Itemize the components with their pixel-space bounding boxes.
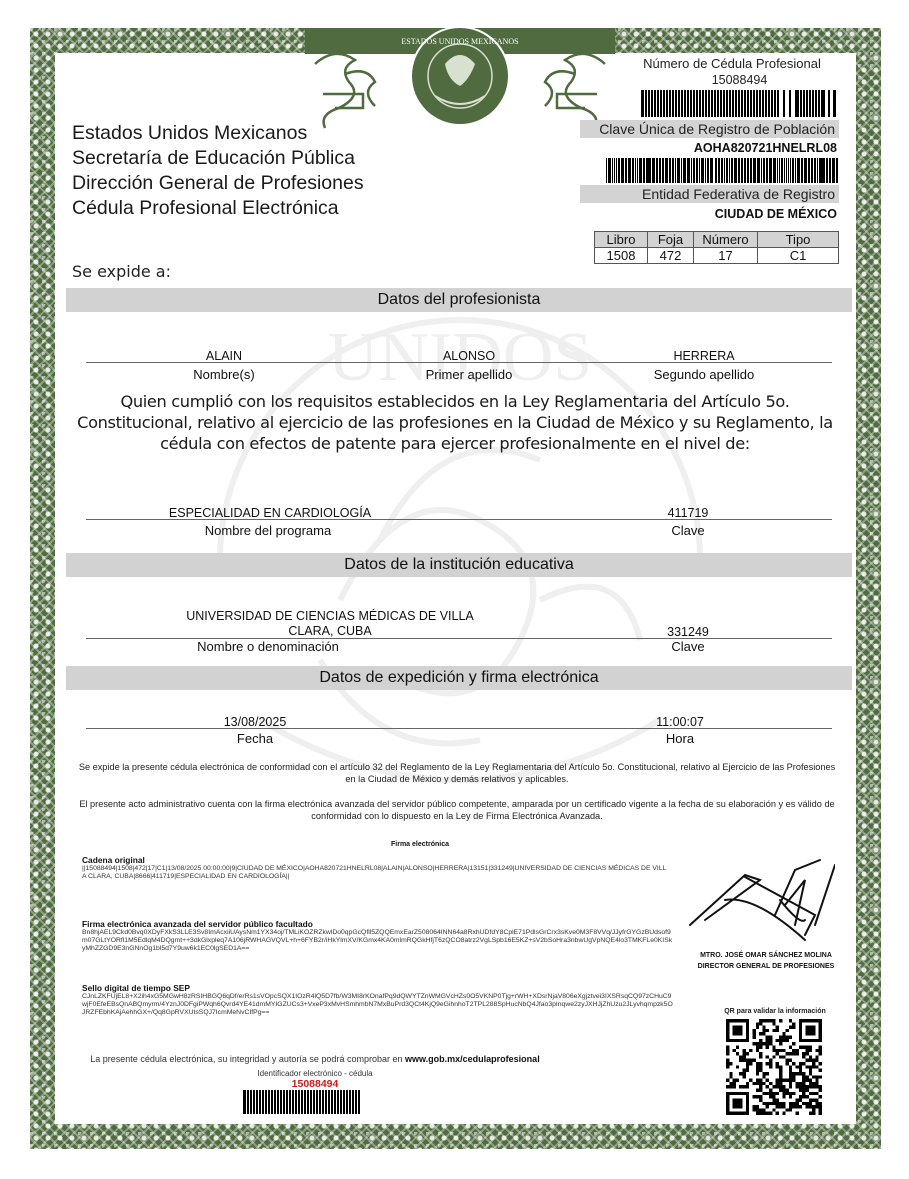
svg-text:ESTADOS UNIDOS MEXICANOS: ESTADOS UNIDOS MEXICANOS [401, 37, 518, 46]
table-header: Libro [595, 232, 648, 248]
firma-heading: Firma electrónica [370, 841, 470, 848]
cadena-original-block: Cadena original ||15088494|1508|472|17|C… [82, 855, 672, 881]
entidad-label: Entidad Federativa de Registro [580, 185, 839, 203]
verify-link[interactable]: www.gob.mx/cedulaprofesional [405, 1054, 540, 1064]
primer-apellido-label: Primer apellido [399, 367, 539, 382]
firma-avanzada-block: Firma electrónica avanzada del servidor … [82, 919, 672, 953]
divider [86, 728, 832, 729]
institucion-clave-label: Clave [638, 639, 738, 654]
table-header: Tipo [758, 232, 839, 248]
hora-value: 11:00:07 [630, 715, 730, 729]
fecha-value: 13/08/2025 [200, 715, 310, 729]
curp-barcode [600, 158, 839, 183]
ident-label: Identificador electrónico - cédula [200, 1069, 430, 1078]
entidad-value: CIUDAD DE MÉXICO [580, 207, 839, 221]
fecha-label: Fecha [200, 731, 310, 746]
segundo-apellido-value: HERRERA [644, 349, 764, 363]
firma-avanzada-value: Bn8hjAEL9Ckd0Bvq0XDyFXkS3LLE3Sv8ImAcxiiU… [82, 929, 674, 953]
institucion-line: UNIVERSIDAD DE CIENCIAS MÉDICAS DE VILLA [150, 609, 510, 624]
sello-value: CJnLZKFUjEL8+X2ih4xG5MGwH8zRSIHBGQ6qDf/e… [82, 993, 674, 1017]
issuer-line: Cédula Profesional Electrónica [72, 196, 364, 221]
institucion-label: Nombre o denominación [178, 639, 358, 654]
curp-label: Clave Única de Registro de Población [580, 120, 839, 138]
ident-barcode [241, 1090, 361, 1114]
registration-block: Número de Cédula Profesional 15088494 Cl… [580, 56, 839, 221]
firma-avanzada-label: Firma electrónica avanzada del servidor … [82, 919, 672, 929]
section-expedicion: Datos de expedición y firma electrónica [66, 666, 852, 690]
verify-text: La presente cédula electrónica, su integ… [80, 1054, 550, 1064]
cadena-value: ||15088494|1508|472|17|C1|13/08/2025 00:… [82, 865, 667, 881]
sello-label: Sello digital de tiempo SEP [82, 983, 672, 993]
issuer-line: Dirección General de Profesiones [72, 171, 364, 196]
table-cell: 472 [648, 248, 694, 264]
issuer-line: Secretaría de Educación Pública [72, 146, 364, 171]
qr-code-icon[interactable] [726, 1019, 822, 1115]
legal-paragraph-1: Se expide la presente cédula electrónica… [78, 761, 836, 785]
cedula-number: 15088494 [580, 73, 839, 87]
divider [86, 519, 832, 520]
cedula-barcode [638, 90, 839, 117]
table-header: Foja [648, 232, 694, 248]
signer-block: MTRO. JOSÉ OMAR SÁNCHEZ MOLINA DIRECTOR … [686, 950, 846, 972]
cadena-label: Cadena original [82, 855, 672, 865]
institucion-value: UNIVERSIDAD DE CIENCIAS MÉDICAS DE VILLA… [150, 609, 510, 639]
table-cell: 17 [694, 248, 758, 264]
legal-paragraph-2: El presente acto administrativo cuenta c… [78, 798, 836, 822]
issuer-line: Estados Unidos Mexicanos [72, 121, 364, 146]
institucion-clave-value: 331249 [638, 625, 738, 639]
nombre-value: ALAIN [164, 349, 284, 363]
cedula-number-label: Número de Cédula Profesional [580, 56, 839, 71]
curp-value: AOHA820721HNELRL08 [580, 141, 839, 155]
nombre-label: Nombre(s) [149, 367, 299, 382]
national-emblem-icon: ESTADOS UNIDOS MEXICANOS [305, 24, 615, 129]
section-profesionista: Datos del profesionista [66, 288, 852, 312]
institucion-line: CLARA, CUBA [150, 624, 510, 639]
programa-label: Nombre del programa [178, 523, 358, 538]
table-cell: C1 [758, 248, 839, 264]
signer-title: DIRECTOR GENERAL DE PROFESIONES [686, 961, 846, 972]
segundo-apellido-label: Segundo apellido [629, 367, 779, 382]
table-cell: 1508 [595, 248, 648, 264]
table-header: Número [694, 232, 758, 248]
programa-value: ESPECIALIDAD EN CARDIOLOGÍA [120, 506, 420, 520]
programa-clave-label: Clave [638, 523, 738, 538]
sello-digital-block: Sello digital de tiempo SEP CJnLZKFUjEL8… [82, 983, 672, 1017]
programa-clave-value: 411719 [638, 506, 738, 520]
issuer-titles: Estados Unidos Mexicanos Secretaría de E… [72, 121, 364, 221]
verify-sentence: La presente cédula electrónica, su integ… [90, 1054, 402, 1064]
hora-label: Hora [630, 731, 730, 746]
qr-label: QR para validar la información [700, 1008, 850, 1015]
signer-name: MTRO. JOSÉ OMAR SÁNCHEZ MOLINA [686, 950, 846, 961]
divider [86, 362, 832, 363]
primer-apellido-value: ALONSO [409, 349, 529, 363]
section-institucion: Datos de la institución educativa [66, 553, 852, 577]
declaration-text: Quien cumplió con los requisitos estable… [62, 391, 848, 454]
registry-table: Libro Foja Número Tipo 1508 472 17 C1 [594, 231, 839, 264]
se-expide-label: Se expide a: [72, 262, 171, 281]
ident-number: 15088494 [200, 1078, 430, 1090]
handwritten-signature-icon [685, 855, 835, 945]
